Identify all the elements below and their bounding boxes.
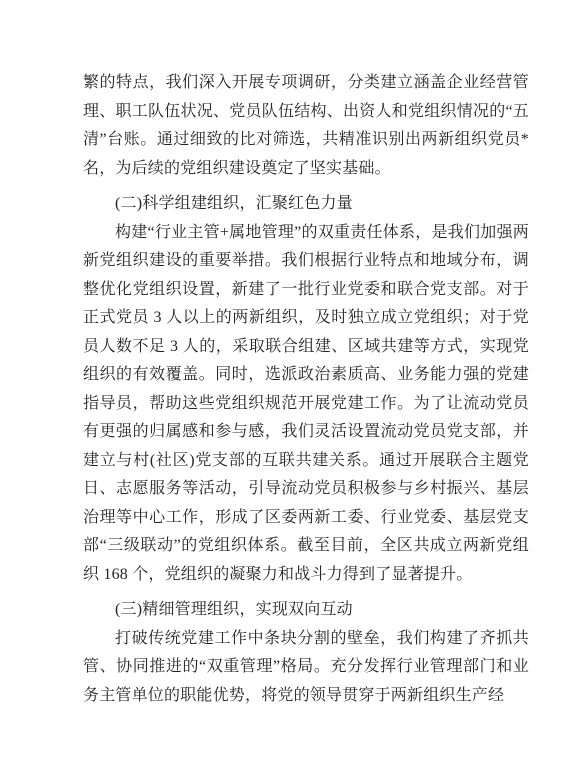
document-page: 繁的特点，我们深入开展专项调研，分类建立涵盖企业经营管理、职工队伍状况、党员队伍… bbox=[0, 0, 586, 759]
section-heading-3: (三)精细管理组织，实现双向互动 bbox=[83, 596, 529, 625]
continued-paragraph: 繁的特点，我们深入开展专项调研，分类建立涵盖企业经营管理、职工队伍状况、党员队伍… bbox=[83, 69, 529, 183]
body-paragraph-organize: 构建“行业主管+属地管理”的双重责任体系，是我们加强两新党组织建设的重要举措。我… bbox=[83, 219, 529, 590]
body-paragraph-manage: 打破传统党建工作中条块分割的壁垒，我们构建了齐抓共管、协同推进的“双重管理”格局… bbox=[83, 625, 529, 711]
section-heading-2: (二)科学组建组织，汇聚红色力量 bbox=[83, 190, 529, 219]
document-content: 繁的特点，我们深入开展专项调研，分类建立涵盖企业经营管理、职工队伍状况、党员队伍… bbox=[83, 69, 529, 710]
